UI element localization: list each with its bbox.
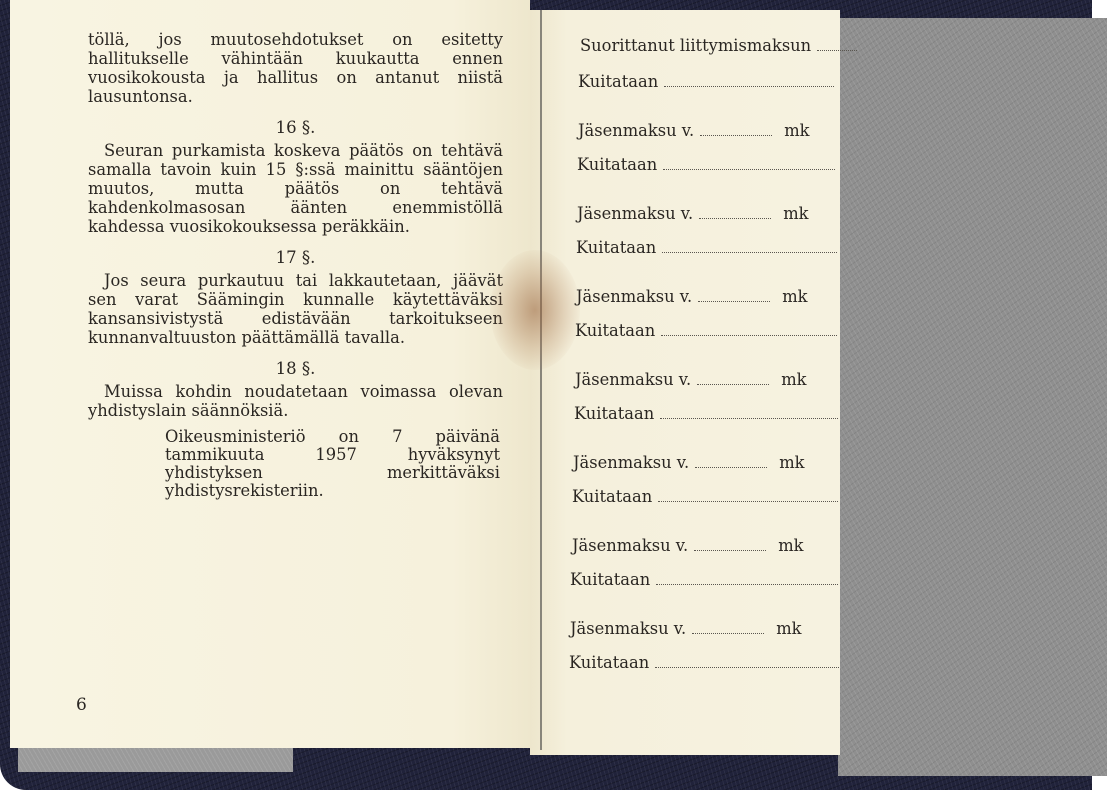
- receipt-label: Kuitataan: [572, 487, 652, 506]
- continuation-paragraph: töllä, jos muutosehdotukset on esitetty …: [88, 30, 503, 106]
- receipt-field[interactable]: [661, 334, 837, 336]
- currency-unit: mk: [778, 536, 803, 555]
- membership-year-field[interactable]: [699, 217, 771, 219]
- receipt-field[interactable]: [662, 251, 837, 253]
- membership-fee-label: Jäsenmaksu v.: [576, 287, 692, 306]
- joining-fee-field[interactable]: [817, 49, 857, 51]
- membership-year-field[interactable]: [694, 549, 766, 551]
- receipt-field[interactable]: [660, 417, 838, 419]
- receipt-label: Kuitataan: [576, 238, 656, 257]
- membership-fee-row: Jäsenmaksu v. mk: [570, 619, 802, 638]
- water-stain: [490, 250, 580, 370]
- receipt-label: Kuitataan: [575, 321, 655, 340]
- receipt-field[interactable]: [664, 85, 834, 87]
- receipt-row: Kuitataan: [578, 72, 840, 91]
- receipt-label: Kuitataan: [574, 404, 654, 423]
- joining-fee-row: Suorittanut liittymismaksun: [580, 36, 863, 55]
- membership-fee-label: Jäsenmaksu v.: [572, 536, 688, 555]
- receipt-row: Kuitataan: [569, 653, 845, 672]
- section-18-text: Muissa kohdin noudatetaan voimassa oleva…: [88, 382, 503, 420]
- page-fold: [540, 10, 542, 750]
- membership-fee-row: Jäsenmaksu v. mk: [578, 121, 810, 140]
- currency-unit: mk: [782, 287, 807, 306]
- receipt-field[interactable]: [658, 500, 838, 502]
- currency-unit: mk: [784, 121, 809, 140]
- membership-fee-row: Jäsenmaksu v. mk: [575, 370, 807, 389]
- membership-fee-row: Jäsenmaksu v. mk: [577, 204, 809, 223]
- section-16-heading: 16 §.: [88, 118, 503, 137]
- membership-fee-label: Jäsenmaksu v.: [578, 121, 694, 140]
- membership-fee-label: Jäsenmaksu v.: [577, 204, 693, 223]
- membership-year-field[interactable]: [697, 383, 769, 385]
- membership-fee-row: Jäsenmaksu v. mk: [576, 287, 808, 306]
- receipt-field[interactable]: [656, 583, 838, 585]
- receipt-label: Kuitataan: [578, 72, 658, 91]
- page-number: 6: [76, 695, 87, 715]
- membership-fee-label: Jäsenmaksu v.: [573, 453, 689, 472]
- joining-fee-label: Suorittanut liittymismaksun: [580, 36, 811, 55]
- receipt-row: Kuitataan: [575, 321, 843, 340]
- receipt-row: Kuitataan: [570, 570, 844, 589]
- receipt-field[interactable]: [655, 666, 839, 668]
- booklet-scan: töllä, jos muutosehdotukset on esitetty …: [0, 0, 1107, 800]
- receipt-row: Kuitataan: [577, 155, 841, 174]
- currency-unit: mk: [781, 370, 806, 389]
- membership-year-field[interactable]: [692, 632, 764, 634]
- currency-unit: mk: [783, 204, 808, 223]
- receipt-label: Kuitataan: [577, 155, 657, 174]
- membership-year-field[interactable]: [700, 134, 772, 136]
- membership-fee-label: Jäsenmaksu v.: [575, 370, 691, 389]
- membership-fee-row: Jäsenmaksu v. mk: [573, 453, 805, 472]
- currency-unit: mk: [779, 453, 804, 472]
- membership-year-field[interactable]: [698, 300, 770, 302]
- receipt-field[interactable]: [663, 168, 835, 170]
- receipt-row: Kuitataan: [574, 404, 844, 423]
- left-page-text: töllä, jos muutosehdotukset on esitetty …: [88, 30, 503, 420]
- receipt-row: Kuitataan: [576, 238, 843, 257]
- registration-approval-note: Oikeusministeriö on 7 päivänä tammikuuta…: [165, 428, 500, 500]
- grey-inner-cover-bottom: [18, 746, 293, 772]
- receipt-label: Kuitataan: [569, 653, 649, 672]
- currency-unit: mk: [776, 619, 801, 638]
- section-17-heading: 17 §.: [88, 248, 503, 267]
- receipt-row: Kuitataan: [572, 487, 844, 506]
- section-18-heading: 18 §.: [88, 359, 503, 378]
- membership-year-field[interactable]: [695, 466, 767, 468]
- membership-fee-label: Jäsenmaksu v.: [570, 619, 686, 638]
- section-16-text: Seuran purkamista koskeva päätös on teht…: [88, 141, 503, 236]
- membership-fee-row: Jäsenmaksu v. mk: [572, 536, 804, 555]
- grey-inner-cover-right: [838, 18, 1107, 776]
- receipt-label: Kuitataan: [570, 570, 650, 589]
- section-17-text: Jos seura purkautuu tai lakkautetaan, jä…: [88, 271, 503, 347]
